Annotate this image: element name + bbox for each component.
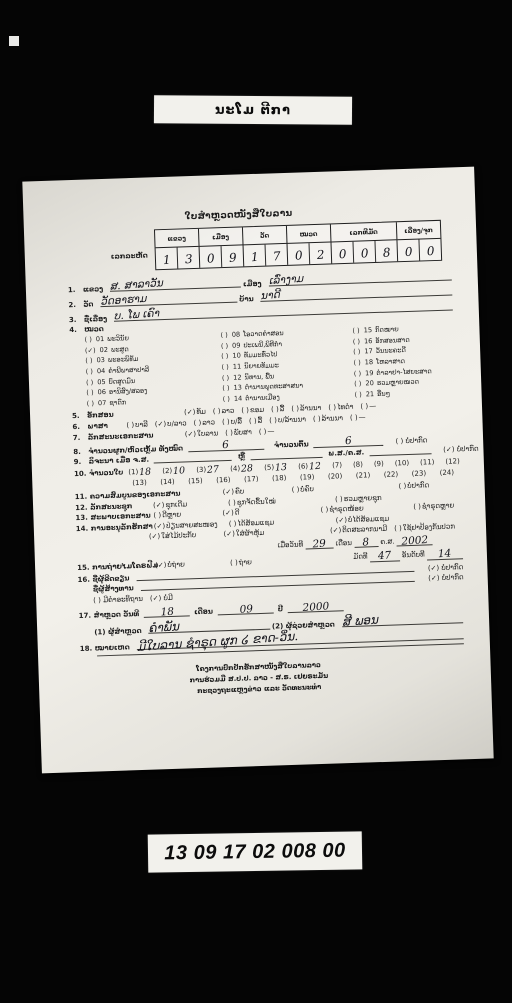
line-number: 11. [75,493,90,501]
conservation-option: (✓)ໃສ່ໄມ້ປະກັບ [149,531,217,541]
leaf-slot: (8) [353,461,363,469]
completeness-option: ( )ບໍ່ປາກົດ [398,481,429,490]
script-option: (✓)ທັມ [184,408,206,417]
code-col-text: ເລື່ອງ/ຈຸກ 0 0 [397,221,441,261]
code-head-text: ເລື່ອງ/ຈຸກ [397,221,441,240]
language-option: ( )ລື້ [249,417,262,425]
code-head-bundle: ເລກທີມັດ [331,222,397,242]
line-number: 18. [80,645,95,653]
material-option: (✓)ໃບລານ [185,429,219,438]
line-number: 2. [68,300,83,308]
line-number: 6. [72,423,87,431]
leaf-slot: (3)27 [196,464,219,474]
fascicle-count-label: ຈຳນວນຜູກ/ຫົວເຫຼັ້ມ ທັງໝົດ [88,444,183,455]
code-number-block: ເລກລະຫັດ ແຂວງ 1 3 ເມືອງ 0 9 ວັດ 1 [110,219,453,271]
conservation-option: (✓)ບໍ່ໄດ້ສ້ອມແຊມ [336,514,390,524]
monastery-value: ວັດອາຮາມ [100,294,147,308]
line-number: 8. [73,447,88,455]
fascicle-count-value: 6 [188,438,264,452]
surveyor2-label: (2) ຜູ້ຊ່ວຍສຳຫຼວດ [272,620,335,630]
script-option: ( )ລ້ານນາ [291,404,321,413]
survey-form-page: ໃບສຳຫຼວດໜັງສືໃບລານ ເລກລະຫັດ ແຂວງ 1 3 ເມື… [22,167,493,774]
line-number: 10. [74,470,89,478]
district-label: ເມືອງ [243,279,262,288]
line-number: 9. [74,458,89,466]
leaf-slot: (2)10 [162,465,185,475]
leaf-slot: (24) [440,469,455,477]
leaf-slot: (15) [188,477,203,485]
code-head-category: ໝວດ [287,224,331,243]
condition-label: ສະພາບເອກະສານ [90,512,148,522]
script-label: ອັກສອນ [87,409,179,420]
conservation-option: (✓)ຕິດສະລາກນາມີ [330,525,387,535]
bundle-type-option: ( )ຊຸກຈັດຂຶ້ນໃໝ່ [228,495,328,506]
language-label: ພາສາ [87,422,121,431]
code-number-card: 13 09 17 02 008 00 [148,831,363,872]
leaf-slot: (12) [445,458,460,466]
province-value: ສ. ສາລາວັນ [110,278,164,292]
language-option: ( )ບາລີ [126,421,148,430]
leaf-slot: (14) [160,478,175,486]
code-head-district: ເມືອງ [199,227,243,246]
leaf-slot: (18) [272,474,287,482]
scribe-label: ຊື່ຜູ້ຂີດຂຽນ [92,574,129,583]
text-title-label: ຊື່ເລື່ອງ [84,315,108,324]
village-label: ບ້ານ [239,295,254,303]
language-option: ( )ບ/ລື້ [222,418,242,427]
code-digit: 7 [265,244,287,266]
code-digit: 0 [287,243,310,265]
survey-month: 09 [239,604,253,615]
bundle-type-label: ລັກສະນະຊຸກ [90,501,148,511]
era-label: ພ.ສ./ຄ.ສ. [328,449,364,458]
leaf-slot: (23) [412,469,427,477]
surveyor1-label: (1) ຜູ້ສຳຫຼວດ [94,627,142,637]
leaf-slot: (9) [374,460,384,468]
survey-month-label: ເດືອນ [194,608,213,617]
conservation-option: (✓)ໃສ່ຜ້າຫຸ້ມ [223,527,323,538]
line-number: 14. [76,524,91,532]
district-value: ເລົ່າງາມ [268,274,303,287]
conservation-label: ການອະນຸລັກຮັກສາ [91,522,149,532]
volume-count-label: ຈຳນວນຕົ້ນ [274,440,309,449]
script-option: ( )ໄທດຳ [328,403,353,412]
line-number: 7. [73,433,88,441]
code-digit: 0 [353,241,376,263]
village-value: ນາດີ [260,290,280,302]
not-shown-option: ( ) ບໍ່ປາກົດ [395,436,427,445]
code-digit: 8 [375,240,397,262]
monastery-label: ວັດ [83,300,93,308]
leaf-slot: (4)28 [230,463,253,473]
leaf-slot: (17) [244,475,259,483]
code-digit: 0 [199,246,222,268]
material-label: ລັກສະນະເອກະສານ [88,430,180,441]
colophon-option: ( ) ມີຄຳອະທິຖານ [93,595,143,605]
code-head-province: ແຂວງ [155,229,199,248]
code-col-district: ເມືອງ 0 9 [199,227,244,267]
script-option: ( )ລື້ [271,406,284,414]
sponsor-label: ຊື່ຜູ້ສ້າງທານ [93,584,134,593]
conservation-option: ( )ໄດ້ສ້ອມແຊມ [229,516,329,527]
code-digit: 0 [397,240,420,262]
line-number: 16. [77,575,92,583]
leaf-slot: (21) [356,471,371,479]
line-number: 12. [75,503,90,511]
surveyor1-signature: ຄຳພັນ [148,620,180,634]
scribe-not-shown: (✓) ບໍ່ປາກົດ [428,563,464,572]
survey-date-label: ສຳຫຼວດ ວັນທີ [94,610,140,620]
line-number: 13. [75,514,90,522]
manuscript-title-label: ນະໂມ ຕີກາ [215,102,291,118]
or-label: ຫຼື [238,453,245,461]
condition-option: ( )ຊຳຣຸດຫຼາຍ [413,502,454,511]
line-number: 15. [77,563,92,571]
line-number: 1. [68,285,83,293]
code-number-label: 13 09 17 02 008 00 [164,839,346,865]
leaf-slot: (11) [420,459,435,467]
script-option: ( )— [360,402,376,411]
microfilm-title-card: ນະໂມ ຕີກາ [154,95,352,124]
form-footer: ໂຄງການປົກປັກຮັກສາໜັງສືໃບລານລາວ ການຮ່ວມມື… [80,656,437,701]
volume-count-value: 6 [313,434,383,448]
material-option: ( )— [259,427,275,436]
leaf-slot: (5)13 [264,462,287,472]
material-option: ( )ພັບສາ [225,428,252,437]
date-written-label: ລິຈະນາ ເມື່ອ ຈ.ສ. [89,456,150,466]
category-column-3: ( )15ກົດໝາຍ ( )16ອັກສອນສາດ ( )17ວັນນະຄະດ… [352,323,457,401]
not-shown-checked: (✓) ບໍ່ປາກົດ [443,445,479,454]
category-column-1: ( )01ພະວິນັຍ (✓)02ພະສູດ ( )03ພະອະພິທັມ (… [84,330,222,409]
survey-year: 2000 [302,601,329,613]
language-option: ( )ລ້ານນາ [313,414,343,423]
code-digit: 9 [221,245,243,267]
category-grid: ( )01ພະວິນັຍ (✓)02ພະສູດ ( )03ພະອະພິທັມ (… [84,323,457,409]
code-col-province: ແຂວງ 1 3 [155,229,200,269]
leaf-slot: (13) [132,479,147,487]
code-col-monastery: ວັດ 1 7 [243,226,288,266]
code-digit: 0 [419,239,441,261]
leaf-slot: (6)12 [298,461,321,471]
remarks-label: ໝາຍເຫດ [95,644,130,653]
language-option: ( )ລາວ [193,418,215,427]
condition-option: ( )ດີຫຼາຍ [153,510,215,520]
alt-year-blank [250,457,322,460]
line-number: 4. [69,326,84,334]
code-digit: 1 [243,245,266,267]
code-col-category: ໝວດ 0 2 [287,224,332,264]
colophon-none-option: (✓) ບໍ່ມີ [150,594,173,603]
completeness-option: (✓)ຄົບ [223,486,285,496]
microfilm-frame: { "film": { "top_label": "ນະໂມ ຕີກາ", "b… [0,0,512,1003]
code-col-bundle: ເລກທີມັດ 0 0 8 [331,222,398,263]
code-head-monastery: ວັດ [243,226,287,245]
bundle-type-option: (✓)ຊຸກເດີມ [153,499,221,509]
leaf-count-label: ຈຳນວນໃບ [89,469,124,478]
leaf-slot: (16) [216,476,231,484]
code-row-label: ເລກລະຫັດ [111,252,149,272]
leaf-slot: (1)18 [128,466,151,476]
microfilm-option: (✓)ບໍ່ຖ່າຍ [155,559,223,569]
line-number: 5. [72,412,87,420]
survey-day: 18 [160,606,174,617]
code-digit: 0 [331,242,354,264]
microfilm-label: ການຖ່າຍໄມໂຄຣຟີມ [92,561,150,571]
line-number: 3. [69,315,84,323]
sponsor-not-shown: (✓) ບໍ່ປາກົດ [428,573,464,582]
leaf-slot: (10) [395,459,410,467]
code-digit: 1 [155,248,178,270]
leaf-slot: (7) [332,462,342,470]
category-column-2: ( )08ໂອວາດຄຳສອນ ( )09ປະເພນີ,ພິທີກຳ ( )10… [220,326,354,404]
language-option: ( )— [350,413,366,422]
language-option: (✓)ບ/ລາວ [155,419,187,428]
leaf-slot: (20) [328,472,343,480]
language-option: ( )ບ/ລ້ານນາ [269,415,306,424]
leaf-slot: (19) [300,473,315,481]
era-year-blank [369,454,431,457]
leaf-slot: (22) [384,470,399,478]
category-item: ( )21ອື່ນໆ [354,386,457,400]
condition-option: ( )ຊຳຣຸດໜ້ອຍ [320,503,406,514]
condition-option: (✓)ດີ [222,506,313,517]
category-label: ໝວດ [84,325,104,334]
microfilm-option: ( )ຖ່າຍ [230,558,252,567]
line-number: 17. [79,612,94,620]
text-title-value: ບ. ໂພ ເຄົາ [114,309,160,323]
province-label: ແຂວງ [83,285,103,294]
completeness-option: ( )ບໍ່ຄົບ [292,483,392,494]
surveyor2-signature: ສີ ພອນ [341,613,378,627]
code-table: ແຂວງ 1 3 ເມືອງ 0 9 ວັດ 1 7 [154,220,442,270]
survey-year-label: ປີ [278,606,283,614]
bundle-type-option: ( )ຮວມຫຼາຍຊຸກ [335,494,382,504]
film-frame-mark [9,36,19,46]
code-digit: 2 [309,242,331,264]
conservation-option: ( )ໃຊ້ຢາປ້ອງກັນປວກ [394,523,455,533]
conservation-option: (✓)ປ່ຽນສາຍສະໜອງ [154,520,222,530]
script-option: ( )ລາວ [213,407,235,416]
script-option: ( )ຂອມ [241,406,264,415]
bundle-number: ມັດທີ 47 ອັນດັບທີ 14 [353,547,463,562]
code-digit: 3 [177,247,199,269]
